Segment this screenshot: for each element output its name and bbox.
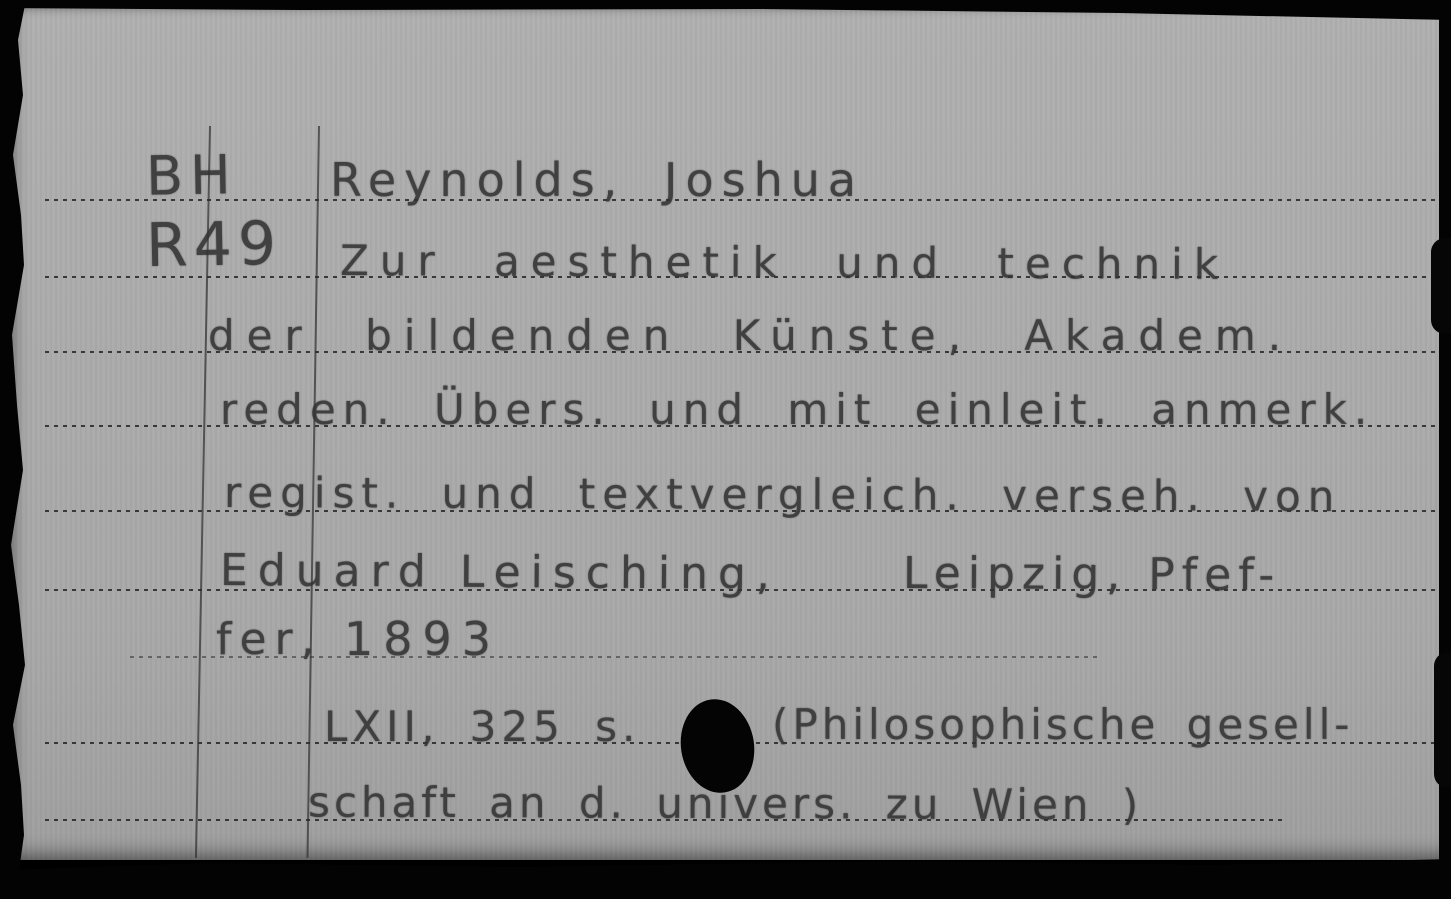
- call-number-cutter: R49: [145, 209, 282, 281]
- imprint-publisher-cont: fer,: [216, 614, 323, 665]
- title-line-4: regist. und textvergleich. verseh. von: [224, 468, 1342, 521]
- call-number-class: BH: [145, 143, 238, 208]
- scanned-catalog-card: BH R49 Reynolds, Joshua Zur aesthetik un…: [0, 0, 1451, 899]
- scan-edge-bottom: [0, 856, 1451, 899]
- imprint-editor: Eduard Leisching,: [220, 545, 780, 600]
- title-line-1: Zur aesthetik und technik: [340, 236, 1229, 289]
- series-note-line-1: (Philosophische gesell-: [772, 700, 1353, 749]
- title-line-3: reden. Übers. und mit einleit. anmerk.: [220, 385, 1374, 434]
- author-heading: Reynolds, Joshua: [330, 153, 864, 207]
- collation-pages: LXII, 325 s.: [324, 702, 640, 751]
- imprint-year: 1893: [344, 612, 501, 666]
- imprint-place-publisher: Leipzig, Pfef-: [903, 548, 1282, 601]
- scan-edge-blot: [1434, 652, 1451, 788]
- scan-edge-blot: [1431, 238, 1451, 334]
- title-line-2: der bildenden Künste, Akadem.: [208, 311, 1293, 360]
